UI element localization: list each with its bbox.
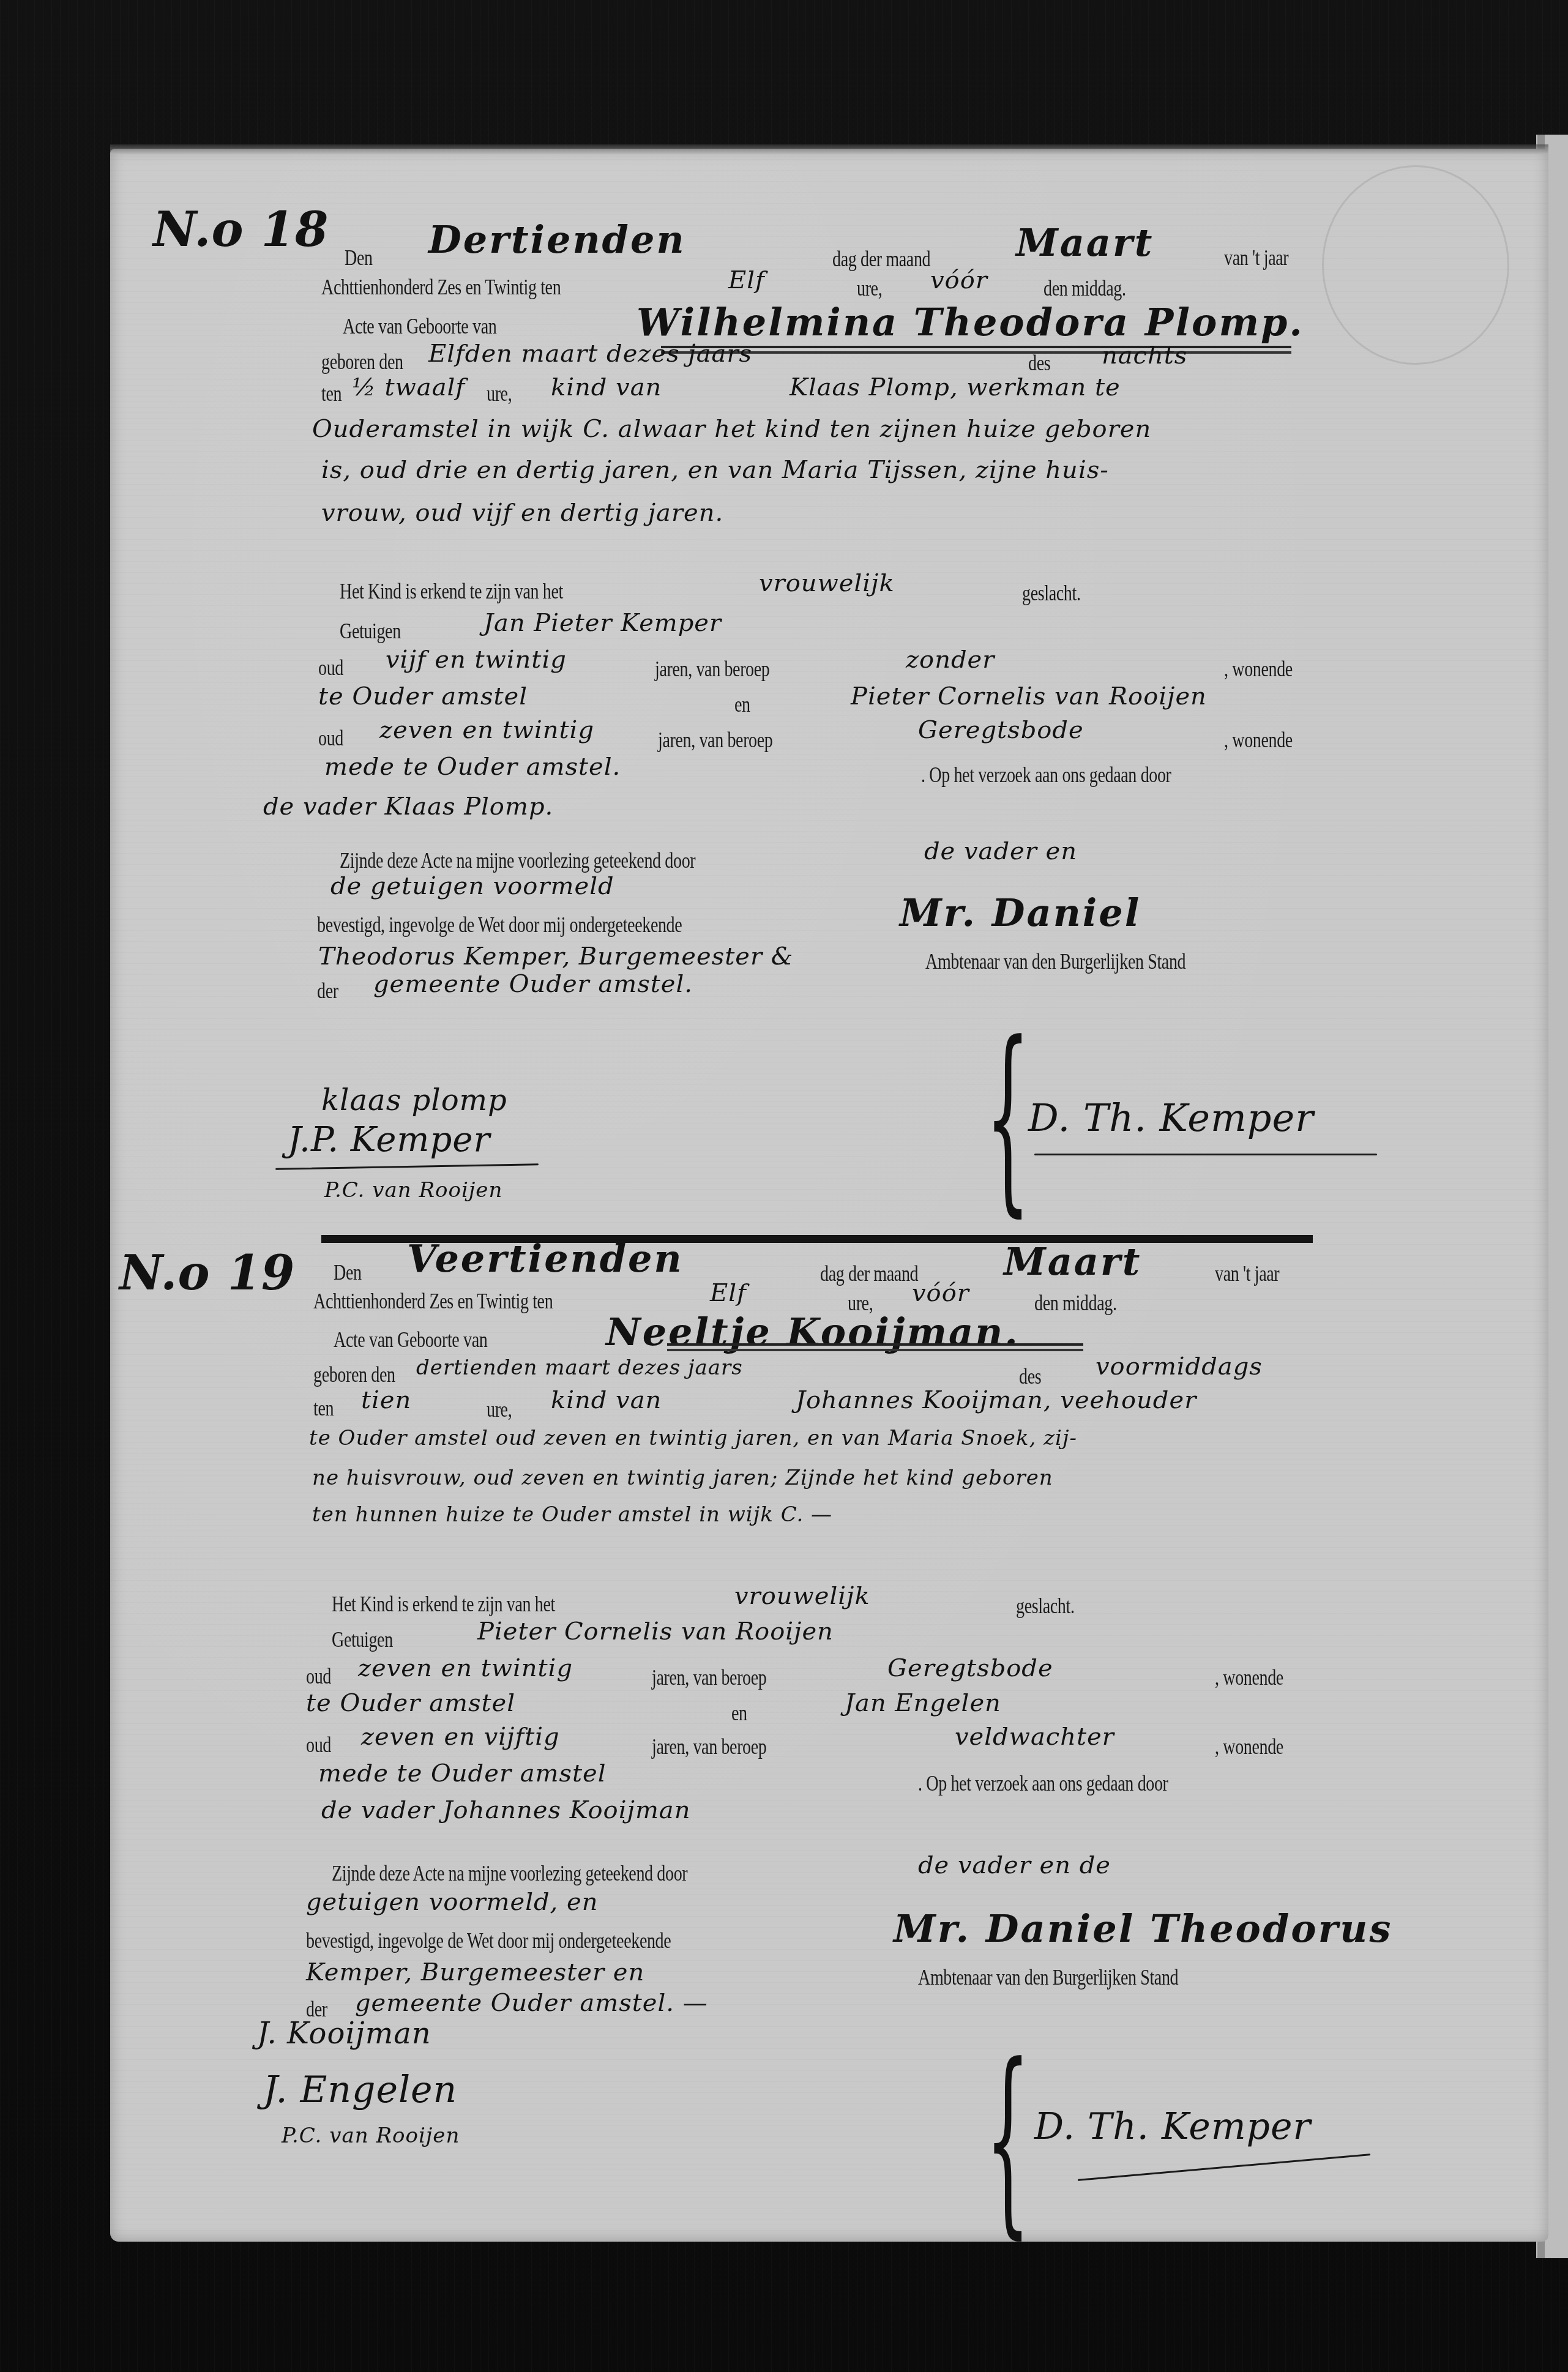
- signature-official: D. Th. Kemper: [1028, 1095, 1314, 1140]
- label-zijnde: Zijnde deze Acte na mijne voorlezing get…: [340, 848, 695, 873]
- born-time-of-day: voormiddags: [1096, 1352, 1263, 1381]
- label-ure-kind: ure,: [487, 1397, 512, 1422]
- label-wonende-1: , wonende: [1215, 1665, 1283, 1690]
- record-line-5: vrouw, oud vijf en dertig jaren.: [321, 499, 723, 527]
- witness-2-residence: mede te Ouder amstel.: [324, 753, 621, 781]
- faint-stamp: [1322, 165, 1509, 365]
- label-geslacht: geslacht.: [1022, 580, 1081, 606]
- born-hour: ½ twaalf: [352, 373, 465, 401]
- label-oud-1: oud: [318, 655, 343, 681]
- page-top-edge: [110, 144, 1548, 154]
- label-year: Achttienhonderd Zes en Twintig ten: [313, 1288, 553, 1314]
- signature-brace: {: [985, 2038, 1030, 2240]
- record-before-after: vóór: [912, 1279, 969, 1307]
- official-1: Mr. Daniel Theodorus: [894, 1906, 1392, 1951]
- label-jaren-beroep-2: jaren, van beroep: [658, 727, 772, 753]
- signed-by-1: de vader en de: [918, 1851, 1111, 1879]
- witness-2-residence: mede te Ouder amstel: [318, 1759, 607, 1788]
- official-2: Theodorus Kemper, Burgemeester &: [318, 942, 793, 971]
- kind-van: kind van: [551, 1386, 662, 1414]
- witness-2-age: zeven en vijftig: [361, 1723, 560, 1751]
- record-line-4: is, oud drie en dertig jaren, en van Mar…: [321, 456, 1109, 484]
- witness-2-occupation: Geregtsbode: [918, 716, 1084, 744]
- record-before-after: vóór: [930, 266, 988, 294]
- label-oud-2: oud: [306, 1732, 331, 1758]
- label-het-kind: Het Kind is erkend te zijn van het: [332, 1591, 555, 1617]
- signature-witness-2: P.C. van Rooijen: [324, 1178, 502, 1203]
- record-line-3: te Ouder amstel oud zeven en twintig jar…: [309, 1426, 1077, 1450]
- label-dag-der-maand: dag der maand: [820, 1261, 918, 1286]
- official-3: gemeente Ouder amstel.: [373, 970, 693, 998]
- signature-father: klaas plomp: [321, 1083, 507, 1117]
- label-geboren-den: geboren den: [313, 1362, 395, 1387]
- label-acte: Acte van Geboorte van: [343, 313, 496, 339]
- record-month: Maart: [1016, 220, 1154, 265]
- label-van-t-jaar: van 't jaar: [1215, 1261, 1279, 1286]
- label-ambtenaar: Ambtenaar van den Burgerlijken Stand: [918, 1964, 1178, 1990]
- label-jaren-beroep-2: jaren, van beroep: [652, 1734, 766, 1759]
- signature-father: J. Kooijman: [257, 2016, 431, 2051]
- born-time-of-day: nachts: [1102, 341, 1187, 370]
- label-wonende-2: , wonende: [1224, 727, 1293, 753]
- label-des: des: [1019, 1363, 1041, 1389]
- label-den: Den: [334, 1259, 362, 1285]
- official-3: gemeente Ouder amstel. —: [355, 1989, 708, 2017]
- signature-witness-1: J.P. Kemper: [288, 1120, 490, 1160]
- child-name-underline: [661, 346, 1291, 348]
- label-den: Den: [345, 245, 373, 270]
- record-day: Veertienden: [407, 1236, 684, 1281]
- record-number: N.o 18: [153, 202, 329, 258]
- official-flourish: [1034, 1154, 1377, 1155]
- requested-by: de vader Klaas Plomp.: [263, 793, 553, 821]
- witness-1-name: Pieter Cornelis van Rooijen: [477, 1617, 834, 1646]
- record-day: Dertienden: [428, 217, 685, 262]
- label-jaren-beroep-1: jaren, van beroep: [652, 1665, 766, 1690]
- label-ambtenaar: Ambtenaar van den Burgerlijken Stand: [925, 949, 1185, 974]
- signature-witness-2: P.C. van Rooijen: [282, 2124, 460, 2148]
- label-jaren-beroep-1: jaren, van beroep: [655, 656, 769, 682]
- witness-1-age: vijf en twintig: [386, 646, 567, 674]
- born-date: Elfden maart dezes jaars: [428, 340, 752, 368]
- child-name: Wilhelmina Theodora Plomp.: [637, 300, 1304, 345]
- signature-witness-1: J. Engelen: [263, 2068, 457, 2111]
- record-line-4: ne huisvrouw, oud zeven en twintig jaren…: [312, 1466, 1053, 1490]
- label-den-middag: den middag.: [1043, 275, 1126, 301]
- born-hour: tien: [361, 1386, 411, 1414]
- label-oud-1: oud: [306, 1663, 331, 1689]
- signed-by-1: de vader en: [924, 837, 1077, 865]
- witness-1-occupation: Geregtsbode: [887, 1654, 1053, 1682]
- label-bevestigd: bevestigd, ingevolge de Wet door mij ond…: [317, 912, 682, 938]
- label-bevestigd: bevestigd, ingevolge de Wet door mij ond…: [306, 1928, 671, 1953]
- label-het-kind: Het Kind is erkend te zijn van het: [340, 578, 563, 604]
- witness-1-residence: te Ouder amstel: [318, 682, 528, 710]
- label-ten: ten: [321, 381, 342, 406]
- signature-official: D. Th. Kemper: [1034, 2105, 1311, 2148]
- label-dag-der-maand: dag der maand: [832, 246, 930, 272]
- label-year: Achttienhonderd Zes en Twintig ten: [321, 274, 561, 300]
- label-ure-kind: ure,: [487, 381, 512, 406]
- label-zijnde: Zijnde deze Acte na mijne voorlezing get…: [332, 1860, 687, 1886]
- label-acte: Acte van Geboorte van: [334, 1327, 487, 1352]
- child-sex: vrouwelijk: [759, 569, 895, 597]
- record-hour: Elf: [728, 266, 765, 294]
- label-en: en: [731, 1700, 747, 1726]
- official-2: Kemper, Burgemeester en: [306, 1958, 644, 1986]
- father-line: Johannes Kooijman, veehouder: [796, 1386, 1197, 1414]
- born-date: dertienden maart dezes jaars: [416, 1356, 743, 1380]
- label-oud-2: oud: [318, 725, 343, 751]
- record-month: Maart: [1004, 1239, 1141, 1284]
- requested-by: de vader Johannes Kooijman: [321, 1796, 690, 1824]
- record-hour: Elf: [710, 1279, 747, 1307]
- record-line-5: ten hunnen huize te Ouder amstel in wijk…: [312, 1502, 832, 1527]
- signed-by-2: getuigen voormeld, en: [306, 1888, 598, 1916]
- label-der: der: [317, 978, 338, 1004]
- official-1: Mr. Daniel: [900, 890, 1141, 935]
- signature-brace: {: [985, 1016, 1030, 1218]
- label-geslacht: geslacht.: [1016, 1593, 1075, 1619]
- child-name-underline: [667, 1343, 1083, 1346]
- witness-2-name: Jan Engelen: [845, 1689, 1001, 1717]
- label-op-het-verzoek: . Op het verzoek aan ons gedaan door: [921, 762, 1171, 788]
- witness-1-age: zeven en twintig: [358, 1654, 573, 1682]
- label-getuigen: Getuigen: [340, 618, 401, 644]
- label-en: en: [734, 692, 750, 717]
- witness-1-residence: te Ouder amstel: [306, 1689, 515, 1717]
- signed-by-2: de getuigen voormeld: [330, 872, 614, 900]
- witness-1-name: Jan Pieter Kemper: [483, 609, 722, 637]
- witness-1-occupation: zonder: [906, 646, 995, 674]
- child-sex: vrouwelijk: [734, 1582, 870, 1610]
- label-wonende-2: , wonende: [1215, 1734, 1283, 1759]
- label-ure: ure,: [857, 275, 882, 301]
- kind-van: kind van: [551, 373, 662, 401]
- witness-2-occupation: veldwachter: [955, 1723, 1114, 1751]
- label-wonende-1: , wonende: [1224, 656, 1293, 682]
- label-geboren-den: geboren den: [321, 349, 403, 375]
- label-den-middag: den middag.: [1034, 1290, 1117, 1316]
- label-des: des: [1028, 350, 1050, 376]
- label-op-het-verzoek: . Op het verzoek aan ons gedaan door: [918, 1770, 1168, 1796]
- label-ten: ten: [313, 1395, 334, 1421]
- record-number: N.o 19: [119, 1245, 295, 1301]
- label-van-t-jaar: van 't jaar: [1224, 245, 1288, 270]
- child-name: Neeltje Kooijman.: [606, 1310, 1020, 1354]
- witness-2-name: Pieter Cornelis van Rooijen: [851, 682, 1207, 710]
- label-getuigen: Getuigen: [332, 1627, 393, 1652]
- record-line-3: Ouderamstel in wijk C. alwaar het kind t…: [312, 415, 1151, 443]
- witness-2-age: zeven en twintig: [379, 716, 594, 744]
- father-line: Klaas Plomp, werkman te: [790, 373, 1121, 401]
